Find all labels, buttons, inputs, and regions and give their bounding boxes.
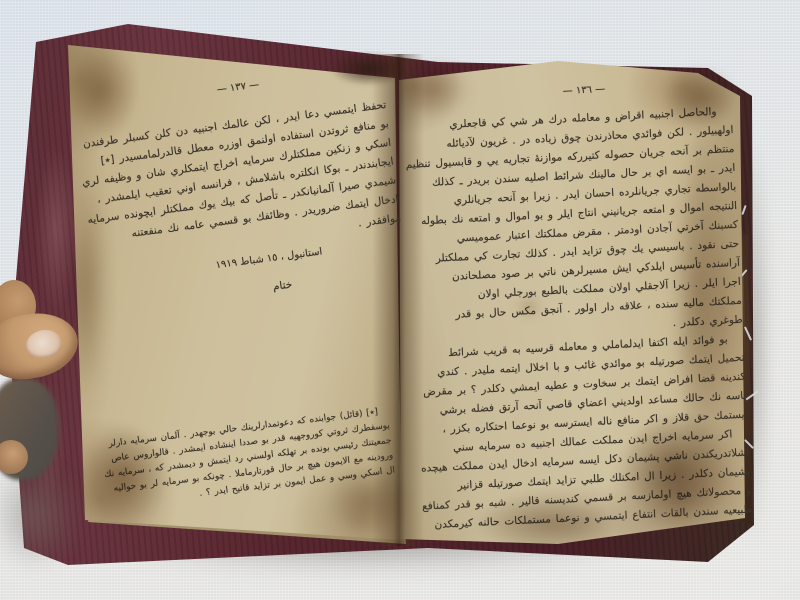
stain	[516, 296, 542, 318]
stain	[660, 66, 738, 130]
stain	[66, 46, 138, 138]
stain	[76, 425, 171, 530]
photo-of-open-book: — ١٣٧ — تحفظ ايتمسي دعا ايدر ، لكن عالمك…	[0, 0, 800, 600]
stain	[396, 58, 471, 120]
stain	[668, 128, 730, 458]
stain	[622, 412, 730, 530]
stain	[66, 180, 108, 390]
stain	[470, 495, 620, 550]
stain	[325, 465, 410, 537]
left-page-text-block: تحفظ ايتمسي دعا ايدر ، لكن عالمك اجنبيه …	[95, 96, 408, 313]
